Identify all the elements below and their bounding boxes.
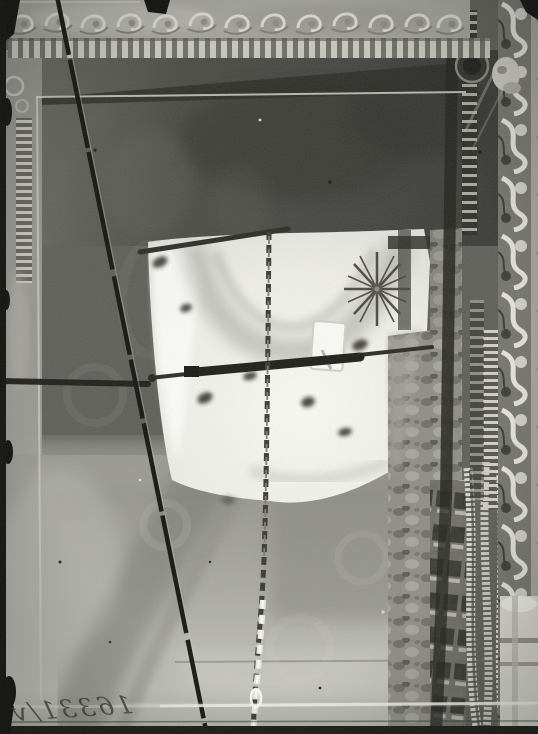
photograph-artwork [0, 0, 538, 734]
plate-number-inscription: 16331/v [11, 690, 139, 734]
glass-plate-photograph: 16331/v [0, 0, 538, 734]
vignette [0, 0, 538, 734]
